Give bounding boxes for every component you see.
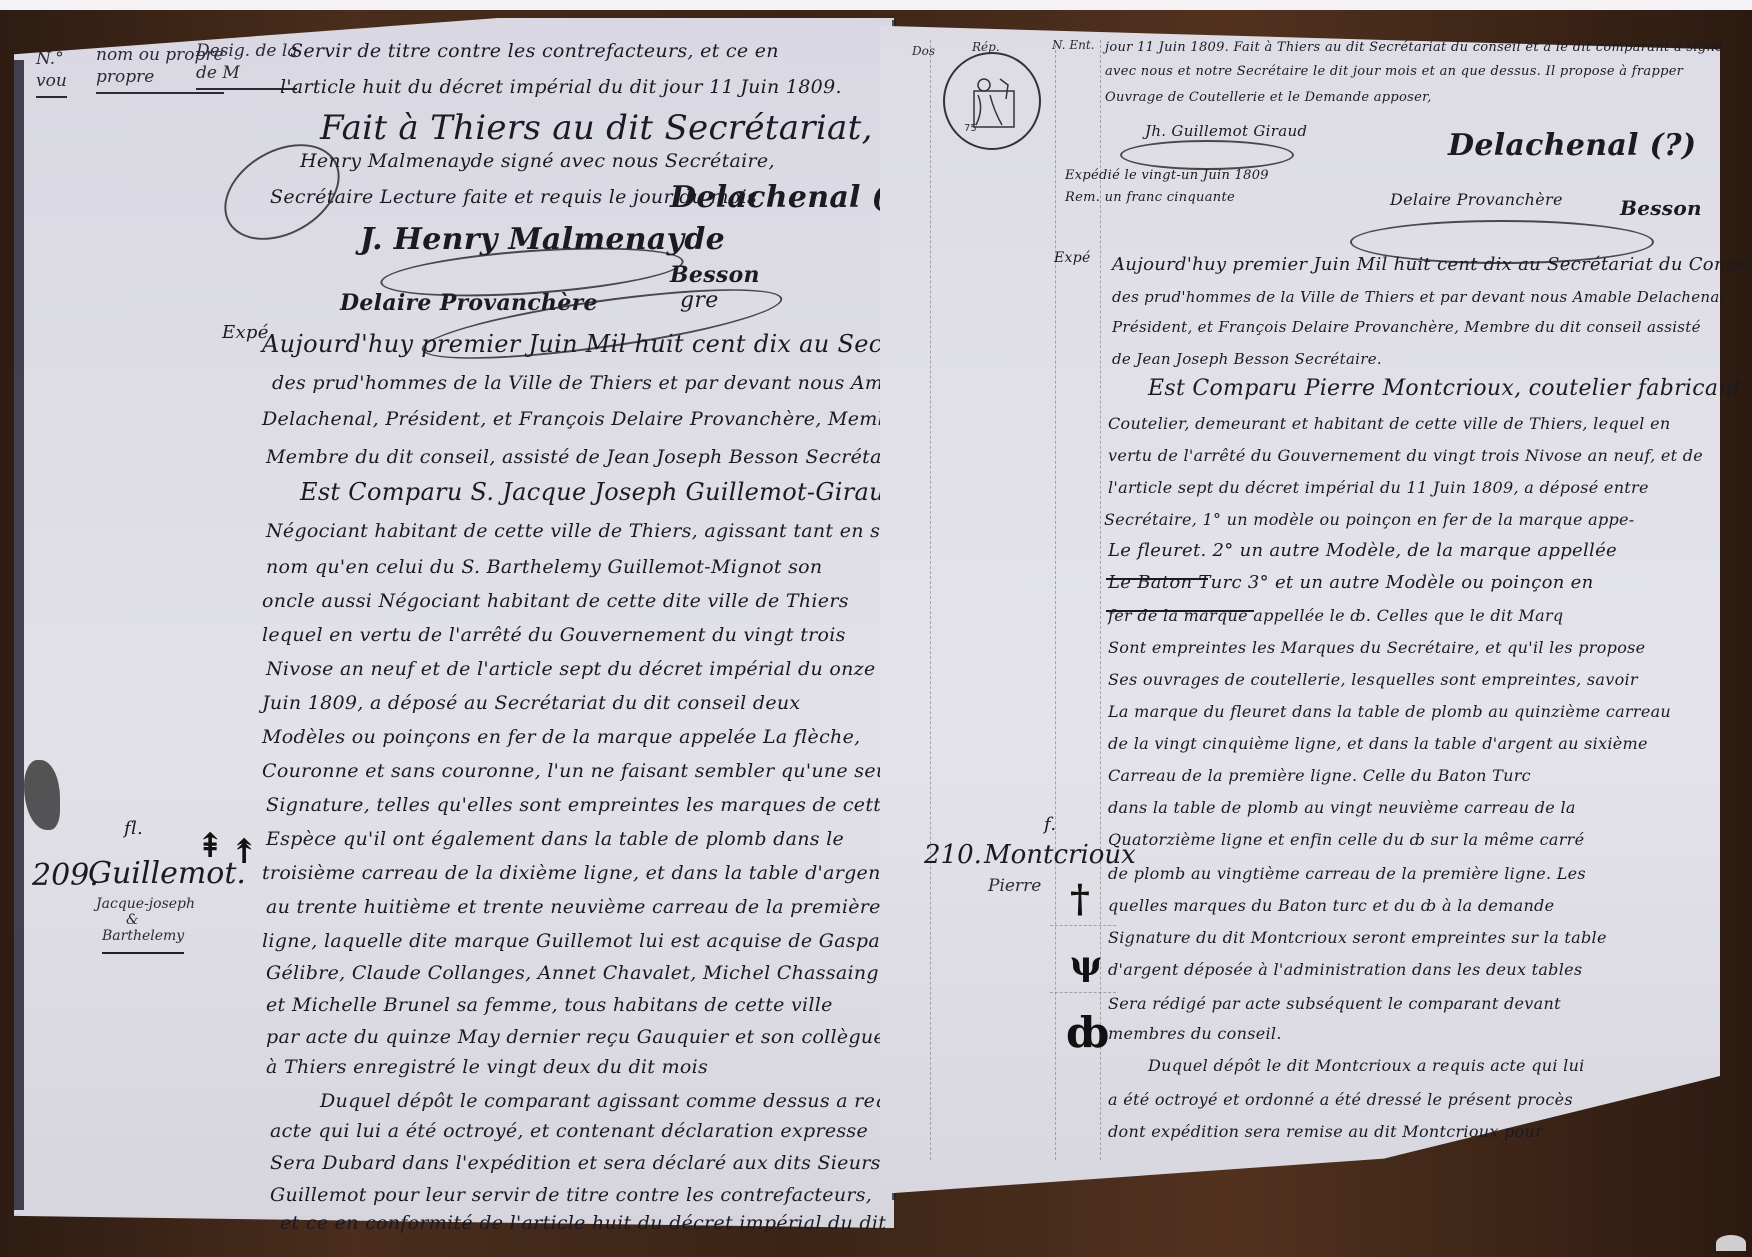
column-header: N. Ent. [1052, 34, 1095, 56]
baton-turc-mark-icon: ψ [1070, 944, 1102, 984]
body-line: à Thiers enregistré le vingt deux du dit… [266, 1056, 708, 1078]
body-line: dans la table de plomb au vingt neuvième… [1108, 798, 1576, 817]
body-line: Juin 1809, a déposé au Secrétariat du di… [262, 692, 800, 714]
body-line: Gélibre, Claude Collanges, Annet Chavale… [266, 962, 879, 984]
body-line: Espèce qu'il ont également dans la table… [266, 828, 844, 850]
body-line: Duquel dépôt le comparant agissant comme… [320, 1090, 917, 1112]
body-line: Est Comparu Pierre Montcrioux, coutelier… [1148, 376, 1742, 401]
margin-note: gre [680, 288, 719, 313]
body-line: de Jean Joseph Besson Secrétaire. [1112, 350, 1382, 368]
body-line: La marque du fleuret dans la table de pl… [1108, 702, 1671, 721]
signature: Besson [670, 262, 760, 288]
body-line: et ce en conformité de l'article huit du… [280, 1212, 886, 1234]
column-rule [930, 40, 931, 1160]
body-line: Delachenal, Président, et François Delai… [262, 408, 921, 430]
entry-given-name: Jacque-joseph [96, 896, 195, 912]
body-line: au trente huitième et trente neuvième ca… [266, 896, 881, 918]
body-line: quelles marques du Baton turc et du ȸ à … [1108, 896, 1554, 915]
handwritten-line: jour 11 Juin 1809. Fait à Thiers au dit … [1105, 40, 1723, 55]
body-line: Couronne et sans couronne, l'un ne faisa… [262, 760, 906, 782]
body-line: Secrétaire, 1° un modèle ou poinçon en f… [1104, 510, 1635, 529]
handwritten-line: l'article huit du décret impérial du dit… [280, 76, 842, 98]
signature: Besson [1620, 196, 1702, 220]
body-line: Est Comparu S. Jacque Joseph Guillemot-G… [300, 478, 909, 506]
photo-border [0, 0, 1752, 10]
body-line: Ses ouvrages de coutellerie, lesquelles … [1108, 670, 1638, 689]
body-line: Négociant habitant de cette ville de Thi… [266, 520, 904, 542]
handwritten-line: avec nous et notre Secrétaire le dit jou… [1105, 64, 1683, 79]
d-mark-icon: ȸ [1066, 1008, 1109, 1057]
mark-divider [1050, 992, 1116, 993]
marks-label: f. [1044, 814, 1056, 835]
body-line: acte qui lui a été octroyé, et contenant… [270, 1120, 868, 1142]
body-line: a été octroyé et ordonné a été dressé le… [1108, 1090, 1573, 1109]
underline-le-fleuret [1106, 558, 1208, 580]
expedition-note: Rem. un franc cinquante [1065, 190, 1235, 205]
body-line: ligne, laquelle dite marque Guillemot lu… [262, 930, 902, 952]
body-line: Sera Dubard dans l'expédition et sera dé… [270, 1152, 881, 1174]
tax-stamp: 75 [943, 52, 1041, 150]
entry-given-name: Pierre [988, 876, 1041, 896]
left-page-edge [14, 60, 24, 1210]
body-line: Duquel dépôt le dit Montcrioux a requis … [1148, 1056, 1585, 1075]
body-line: nom qu'en celui du S. Barthelemy Guillem… [266, 556, 822, 578]
entry-number: 210. [924, 840, 982, 870]
column-header-number: N.° vou [36, 48, 67, 98]
handwritten-line: Servir de titre contre les contrefacteur… [290, 40, 779, 62]
body-line: des prud'hommes de la Ville de Thiers et… [272, 372, 925, 394]
body-line: et Michelle Brunel sa femme, tous habita… [266, 994, 833, 1016]
marks-label: fl. [124, 818, 143, 839]
body-line: Modèles ou poinçons en fer de la marque … [262, 726, 860, 748]
body-line: Aujourd'huy premier Juin Mil huit cent d… [1112, 254, 1752, 275]
right-page [880, 14, 1720, 1194]
svg-text:75: 75 [964, 123, 977, 134]
body-line: Sera rédigé par acte subséquent le compa… [1108, 994, 1561, 1013]
body-line: des prud'hommes de la Ville de Thiers et… [1112, 288, 1725, 306]
body-line: Quatorzième ligne et enfin celle du ȸ su… [1108, 830, 1584, 849]
body-line: vertu de l'arrêté du Gouvernement du vin… [1108, 446, 1703, 465]
header-text: Desig. de la [196, 40, 297, 62]
body-line: Sont empreintes les Marques du Secrétair… [1108, 638, 1645, 657]
mark-divider [1050, 925, 1116, 926]
arrow-mark-icon: ⇞ [196, 826, 225, 866]
body-line: oncle aussi Négociant habitant de cette … [262, 590, 849, 612]
signature: Jh. Guillemot Giraud [1145, 122, 1307, 140]
signature-flourish [1120, 140, 1294, 170]
expedie-label: Expé [1054, 250, 1091, 266]
body-line: dont expédition sera remise au dit Montc… [1108, 1122, 1543, 1141]
body-line: Coutelier, demeurant et habitant de cett… [1108, 414, 1670, 433]
body-line: par acte du quinze May dernier reçu Gauq… [266, 1026, 973, 1048]
entry-given-name: Barthelemy [102, 928, 184, 954]
seated-figure-stamp-icon: 75 [952, 61, 1032, 141]
underline-le-baton-turc [1106, 590, 1254, 612]
expedition-note: Expédié le vingt-un Juin 1809 [1065, 168, 1269, 183]
body-line: lequel en vertu de l'arrêté du Gouvernem… [262, 624, 846, 646]
body-line: Signature, telles qu'elles sont empreint… [266, 794, 893, 816]
header-text: vou [36, 70, 67, 98]
body-line: Nivose an neuf et de l'article sept du d… [266, 658, 875, 680]
body-line: de la vingt cinquième ligne, et dans la … [1108, 734, 1648, 753]
signature: Delaire Provanchère [1390, 190, 1563, 209]
body-line: Guillemot pour leur servir de titre cont… [270, 1184, 872, 1206]
book-clasp [1716, 1235, 1746, 1251]
column-header: Dos [912, 40, 935, 62]
signature: Delachenal (?) [1448, 128, 1696, 163]
body-line: membres du conseil. [1108, 1024, 1282, 1043]
body-line: Carreau de la première ligne. Celle du B… [1108, 766, 1531, 785]
arrow-mark-icon: ↟ [230, 832, 259, 872]
fleuret-mark-icon: † [1070, 876, 1090, 921]
body-line: Signature du dit Montcrioux seront empre… [1108, 928, 1607, 947]
body-line: l'article sept du décret impérial du 11 … [1108, 478, 1649, 497]
body-line: d'argent déposée à l'administration dans… [1108, 960, 1582, 979]
body-line: de plomb au vingtième carreau de la prem… [1108, 864, 1586, 883]
header-text: N.° [36, 48, 67, 70]
entry-name: Montcrioux [984, 840, 1136, 870]
handwritten-line: Ouvrage de Coutellerie et le Demande app… [1105, 90, 1432, 105]
entry-conjunction: & [126, 912, 138, 928]
body-line: Président, et François Delaire Provanchè… [1112, 318, 1701, 336]
handwritten-line: Henry Malmenayde signé avec nous Secréta… [300, 150, 775, 172]
body-line: troisième carreau de la dixième ligne, e… [262, 862, 889, 884]
body-line: Membre du dit conseil, assisté de Jean J… [266, 446, 909, 468]
